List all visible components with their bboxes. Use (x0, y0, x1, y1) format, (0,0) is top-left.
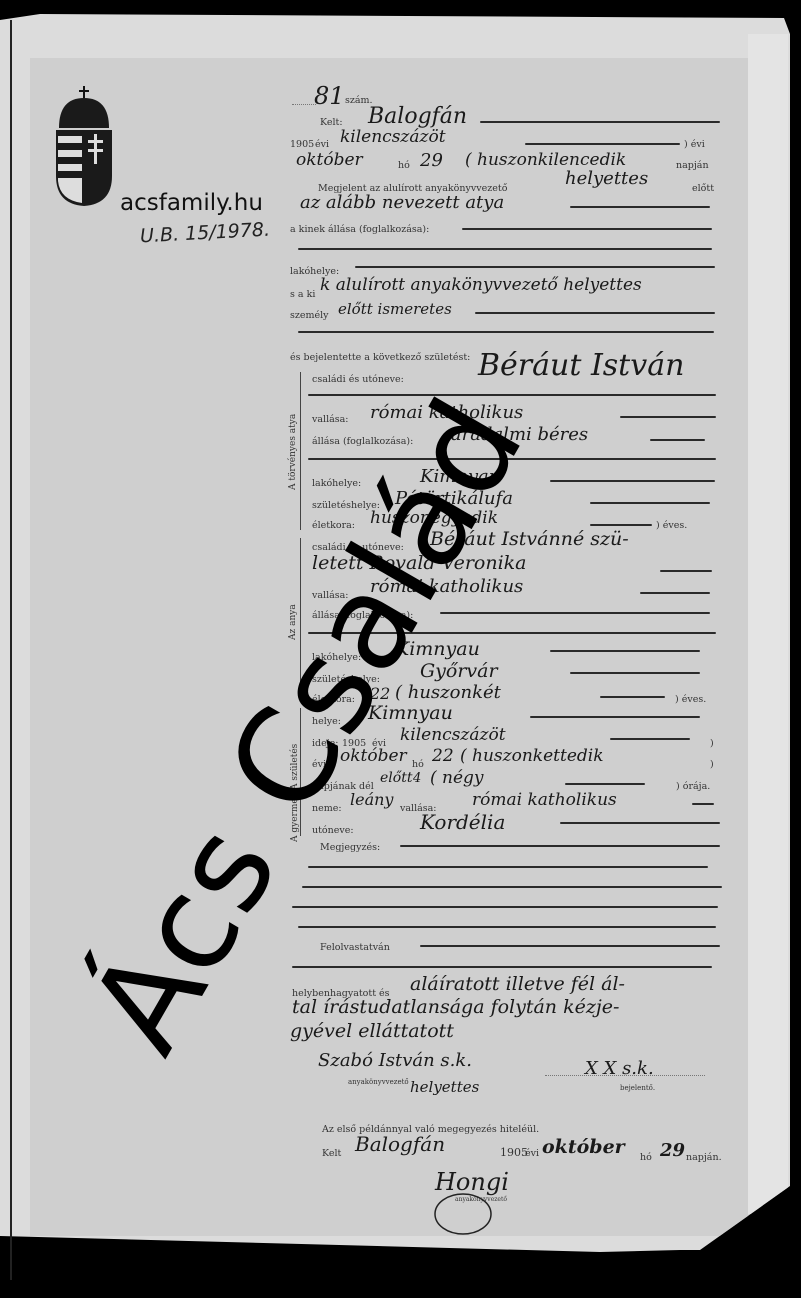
child-sex: leány (350, 790, 393, 809)
occupation-label: a kinek állása (foglalkozása): (290, 224, 429, 235)
remarks-label: Megjegyzés: (320, 842, 380, 853)
place-of-registration: Balogfán (368, 104, 467, 129)
certification-day: 29 (660, 1140, 685, 1161)
appeared-person: az alább nevezett atya (300, 192, 504, 213)
certification-year: 1905 (500, 1146, 528, 1159)
evi-label: ) évi (684, 139, 705, 150)
child-religion: római katholikus (472, 790, 617, 810)
father-section-label: A törvényes atya (288, 414, 298, 490)
watermark-site: acsfamily.hu (120, 190, 263, 216)
sa-ki-label: s a ki (290, 289, 315, 300)
registration-day: 29 (420, 150, 443, 171)
record-number: 81 (314, 82, 345, 110)
birth-oraja-label: ) órája. (676, 781, 710, 792)
year-prefix: 1905 (290, 139, 314, 150)
year-abbrev: évi (315, 139, 329, 150)
signature-flourish (418, 1180, 518, 1238)
page-margin (748, 34, 788, 1214)
page-edge (10, 20, 12, 1280)
registrar-role: helyettes (565, 168, 648, 189)
birth-day: 22 (432, 746, 454, 766)
father-residence-label: lakóhelye: (312, 478, 361, 489)
father-religion-label: vallása: (312, 414, 349, 425)
certification-evi-label: évi (525, 1148, 539, 1159)
mother-birthplace: Győrvár (420, 660, 498, 682)
paren-close: ) (710, 738, 714, 749)
approved-text-2: tal írástudatlansága folytán kézje- (292, 996, 619, 1018)
registrar-label: anyakönyvvezető (348, 1078, 409, 1086)
registration-year-words: kilencszázöt (340, 127, 446, 147)
registrar-role-signature: helyettes (410, 1078, 479, 1096)
read-label: Felolvastatván (320, 942, 390, 953)
birth-time-period: előtt (380, 770, 412, 786)
elott-label: előtt (692, 183, 714, 194)
registration-month: október (296, 150, 363, 170)
certification-napjan-label: napján. (686, 1152, 722, 1163)
approved-text-1: aláíratott illetve fél ál- (410, 973, 625, 995)
registration-day-words: ( huszonkilencedik (465, 150, 626, 170)
certification-kelt-label: Kelt (322, 1148, 341, 1159)
declarant-label: bejelentő. (620, 1084, 655, 1092)
known-text-2: előtt ismeretes (338, 300, 452, 318)
father-name: Béráut István (478, 348, 684, 383)
known-text: k alulírott anyakönyvvezető helyettes (320, 275, 642, 295)
mother-age-suffix: ) éves. (675, 694, 706, 705)
birth-hour-words: ( négy (430, 768, 484, 788)
paren-close-2: ) (710, 759, 714, 770)
child-given-name: Kordélia (420, 810, 505, 834)
registrar-signature: Szabó István s.k. (318, 1050, 472, 1071)
hungarian-coat-of-arms-icon (54, 86, 114, 208)
father-age-suffix: ) éves. (656, 520, 687, 531)
certification-place: Balogfán (355, 1132, 445, 1156)
napjan-label: napján (676, 160, 709, 171)
szemely-label: személy (290, 310, 329, 321)
birth-hour: 4 (413, 771, 421, 786)
ho-label: hó (398, 160, 410, 171)
birth-ho-label: hó (412, 759, 424, 770)
father-name-label: családi és utóneve: (312, 374, 404, 385)
certification-month: október (542, 1136, 625, 1158)
birth-day-words: ( huszonkettedik (460, 746, 604, 766)
declared-label: és bejelentette a következő születést: (290, 352, 470, 363)
declarant-signature: X X s.k. (585, 1058, 654, 1079)
certification-ho-label: hó (640, 1152, 652, 1163)
birth-year-words: kilencszázöt (400, 725, 506, 745)
approved-text-3: gyével elláttatott (290, 1020, 454, 1042)
